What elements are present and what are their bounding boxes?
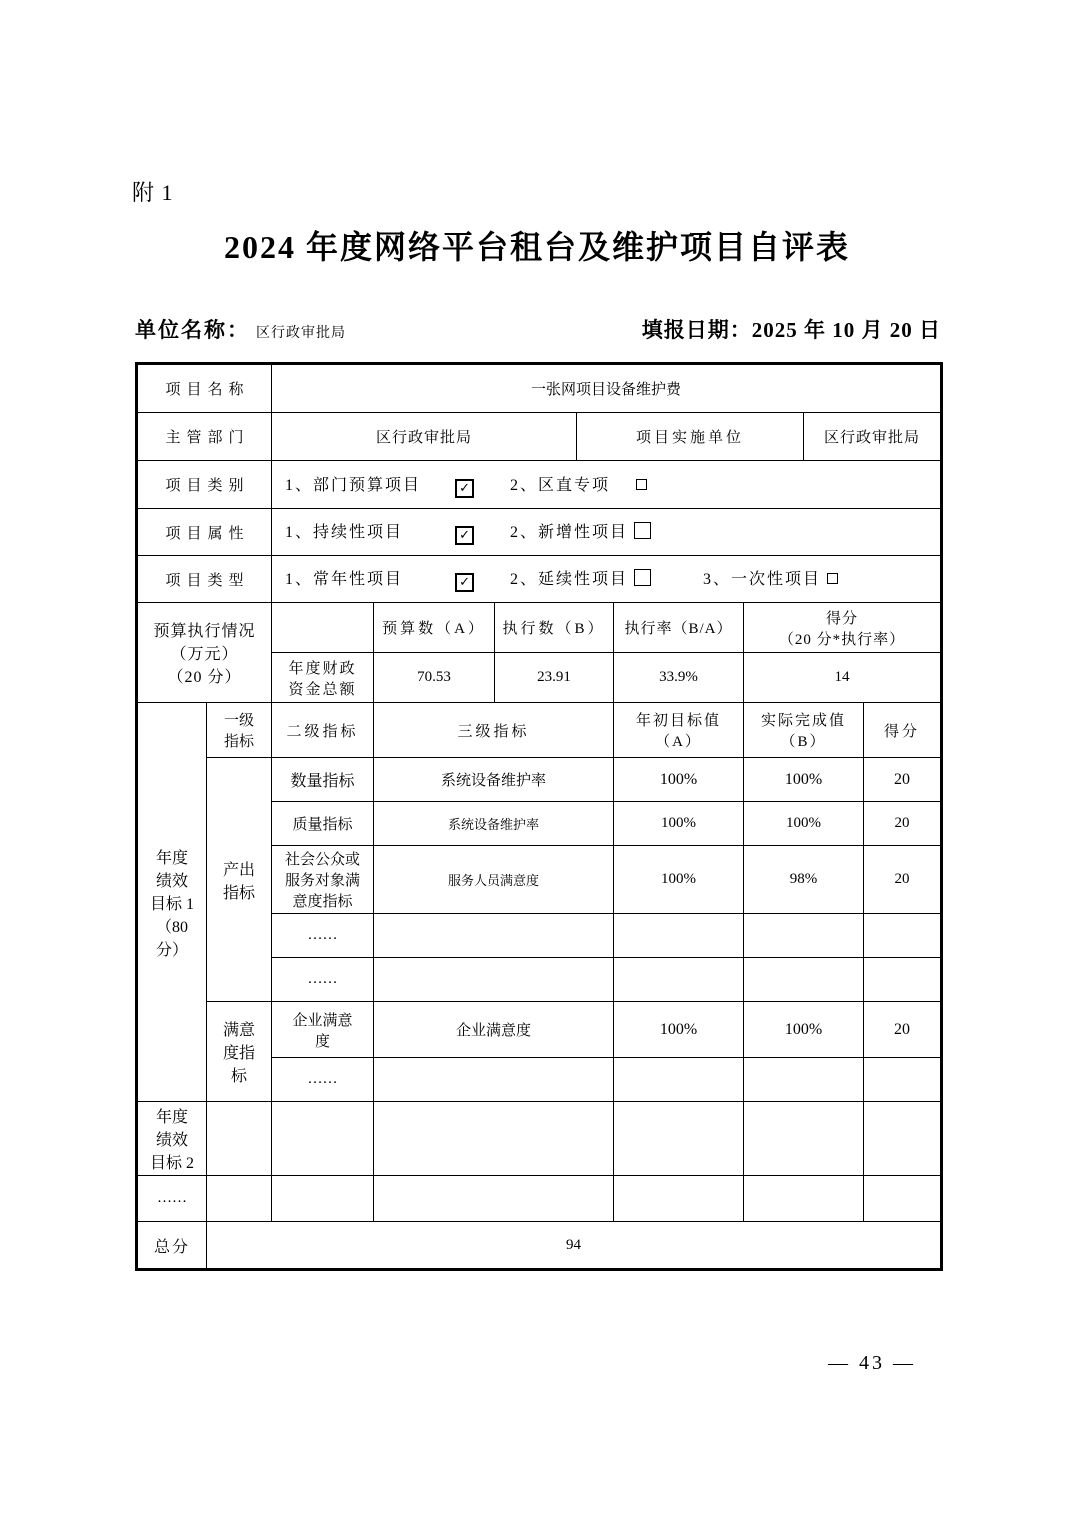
checkbox-checked-icon	[455, 479, 474, 498]
budget-empty-cell	[272, 603, 374, 653]
option-continuous-project: 1、持续性项目	[285, 519, 455, 542]
checkbox-empty-icon	[634, 522, 651, 539]
option-onetime-project: 3、一次性项目	[703, 571, 821, 588]
indicator-l2: 社会公众或 服务对象满 意度指标	[272, 846, 374, 914]
empty-cell	[272, 1102, 374, 1176]
empty-cell	[614, 1102, 744, 1176]
option-dept-budget-project: 1、部门预算项目	[285, 472, 455, 495]
budget-section-label: 预算执行情况 （万元） （20 分）	[137, 603, 272, 703]
goal2-label: 年度 绩效 目标 2	[137, 1102, 207, 1176]
indicator-score: 20	[864, 758, 942, 802]
table-row: 主管部门 区行政审批局 项目实施单位 区行政审批局	[137, 413, 942, 461]
unit-name: 单位名称：区行政审批局	[135, 314, 346, 344]
indicator-l3: 系统设备维护率	[374, 802, 614, 846]
header-target: 年初目标值 （A）	[614, 703, 744, 758]
table-row: 项目属性 1、持续性项目2、新增性项目	[137, 509, 942, 556]
empty-cell	[374, 1176, 614, 1222]
checkbox-empty-icon	[636, 479, 647, 490]
indicator-l3: 系统设备维护率	[374, 758, 614, 802]
unit-name-value: 区行政审批局	[256, 326, 346, 341]
total-score-label: 总分	[137, 1222, 207, 1270]
option-perennial-project: 1、常年性项目	[285, 566, 455, 589]
table-row: 总分 94	[137, 1222, 942, 1270]
satisfaction-indicator-label: 满意 度指 标	[207, 1002, 272, 1102]
empty-cell	[207, 1176, 272, 1222]
indicator-score	[864, 914, 942, 958]
indicator-actual	[744, 1058, 864, 1102]
indicator-target	[614, 1058, 744, 1102]
table-row: 预算执行情况 （万元） （20 分） 预算数（A） 执行数（B） 执行率（B/A…	[137, 603, 942, 653]
budget-col-b: 执行数（B）	[495, 603, 614, 653]
option-district-special: 2、区直专项	[510, 477, 610, 494]
project-name-value: 一张网项目设备维护费	[272, 364, 942, 413]
dept-label: 主管部门	[137, 413, 272, 461]
attachment-label: 附 1	[132, 176, 174, 207]
indicator-actual: 98%	[744, 846, 864, 914]
indicator-l2: ……	[272, 958, 374, 1002]
table-row: 项目类别 1、部门预算项目2、区直专项	[137, 461, 942, 509]
table-row: 项目名称 一张网项目设备维护费	[137, 364, 942, 413]
report-date-label: 填报日期：	[642, 318, 752, 342]
self-evaluation-table: 项目名称 一张网项目设备维护费 主管部门 区行政审批局 项目实施单位 区行政审批…	[135, 362, 943, 1271]
category-options: 1、部门预算项目2、区直专项	[272, 461, 942, 509]
report-date: 填报日期：2025 年 10 月 20 日	[642, 314, 941, 344]
goal1-label: 年度 绩效 目标 1 （80 分）	[137, 703, 207, 1102]
indicator-actual	[744, 914, 864, 958]
project-name-label: 项目名称	[137, 364, 272, 413]
indicator-l2: 质量指标	[272, 802, 374, 846]
indicator-target: 100%	[614, 802, 744, 846]
checkbox-checked-icon	[455, 573, 474, 592]
option-new-project: 2、新增性项目	[510, 524, 628, 541]
indicator-actual: 100%	[744, 758, 864, 802]
budget-value-score: 14	[744, 653, 942, 703]
empty-cell	[207, 1102, 272, 1176]
type-options: 1、常年性项目2、延续性项目3、一次性项目	[272, 556, 942, 603]
attribute-options: 1、持续性项目2、新增性项目	[272, 509, 942, 556]
table-row: 满意 度指 标 企业满意 度 企业满意度 100% 100% 20	[137, 1002, 942, 1058]
indicator-l3: 企业满意度	[374, 1002, 614, 1058]
indicator-l3	[374, 1058, 614, 1102]
indicator-target: 100%	[614, 1002, 744, 1058]
indicator-actual	[744, 958, 864, 1002]
indicator-score: 20	[864, 802, 942, 846]
unit-name-label: 单位名称：	[135, 318, 250, 342]
output-indicator-label: 产出 指标	[207, 758, 272, 1002]
indicator-target: 100%	[614, 846, 744, 914]
dept-value: 区行政审批局	[272, 413, 577, 461]
indicator-l2: ……	[272, 1058, 374, 1102]
type-label: 项目类型	[137, 556, 272, 603]
page-title: 2024 年度网络平台租台及维护项目自评表	[0, 222, 1074, 268]
table-row: 项目类型 1、常年性项目2、延续性项目3、一次性项目	[137, 556, 942, 603]
indicator-score	[864, 958, 942, 1002]
indicator-score: 20	[864, 1002, 942, 1058]
budget-value-rate: 33.9%	[614, 653, 744, 703]
empty-cell	[864, 1176, 942, 1222]
impl-unit-value: 区行政审批局	[804, 413, 942, 461]
indicator-l3	[374, 914, 614, 958]
checkbox-empty-icon	[634, 569, 651, 586]
empty-cell	[374, 1102, 614, 1176]
empty-cell	[272, 1176, 374, 1222]
table-row: 年度 绩效 目标 2	[137, 1102, 942, 1176]
budget-col-score: 得分 （20 分*执行率）	[744, 603, 942, 653]
indicator-score: 20	[864, 846, 942, 914]
report-date-value: 2025 年 10 月 20 日	[752, 318, 941, 342]
indicator-target	[614, 958, 744, 1002]
empty-cell	[744, 1102, 864, 1176]
impl-unit-label: 项目实施单位	[577, 413, 804, 461]
budget-value-b: 23.91	[495, 653, 614, 703]
indicator-l2: 数量指标	[272, 758, 374, 802]
indicator-target: 100%	[614, 758, 744, 802]
header-l2: 二级指标	[272, 703, 374, 758]
total-score-value: 94	[207, 1222, 942, 1270]
header-actual: 实际完成值 （B）	[744, 703, 864, 758]
indicator-l2: 企业满意 度	[272, 1002, 374, 1058]
table-row: 产出 指标 数量指标 系统设备维护率 100% 100% 20	[137, 758, 942, 802]
indicator-actual: 100%	[744, 802, 864, 846]
header-l1: 一级 指标	[207, 703, 272, 758]
budget-col-a: 预算数（A）	[374, 603, 495, 653]
indicator-l3: 服务人员满意度	[374, 846, 614, 914]
indicator-l3	[374, 958, 614, 1002]
budget-row-label: 年度财政 资金总额	[272, 653, 374, 703]
header-score: 得分	[864, 703, 942, 758]
empty-cell	[864, 1102, 942, 1176]
table-row: ……	[137, 1176, 942, 1222]
checkbox-empty-icon	[827, 573, 838, 584]
attribute-label: 项目属性	[137, 509, 272, 556]
checkbox-checked-icon	[455, 526, 474, 545]
table-row: 年度 绩效 目标 1 （80 分） 一级 指标 二级指标 三级指标 年初目标值 …	[137, 703, 942, 758]
page-number: — 43 —	[0, 1352, 1074, 1375]
indicator-l2: ……	[272, 914, 374, 958]
option-extension-project: 2、延续性项目	[510, 571, 628, 588]
indicator-target	[614, 914, 744, 958]
budget-col-rate: 执行率（B/A）	[614, 603, 744, 653]
category-label: 项目类别	[137, 461, 272, 509]
header-l3: 三级指标	[374, 703, 614, 758]
ellipsis-row-label: ……	[137, 1176, 207, 1222]
empty-cell	[614, 1176, 744, 1222]
indicator-score	[864, 1058, 942, 1102]
info-row: 单位名称：区行政审批局 填报日期：2025 年 10 月 20 日	[135, 314, 941, 344]
indicator-actual: 100%	[744, 1002, 864, 1058]
budget-value-a: 70.53	[374, 653, 495, 703]
empty-cell	[744, 1176, 864, 1222]
